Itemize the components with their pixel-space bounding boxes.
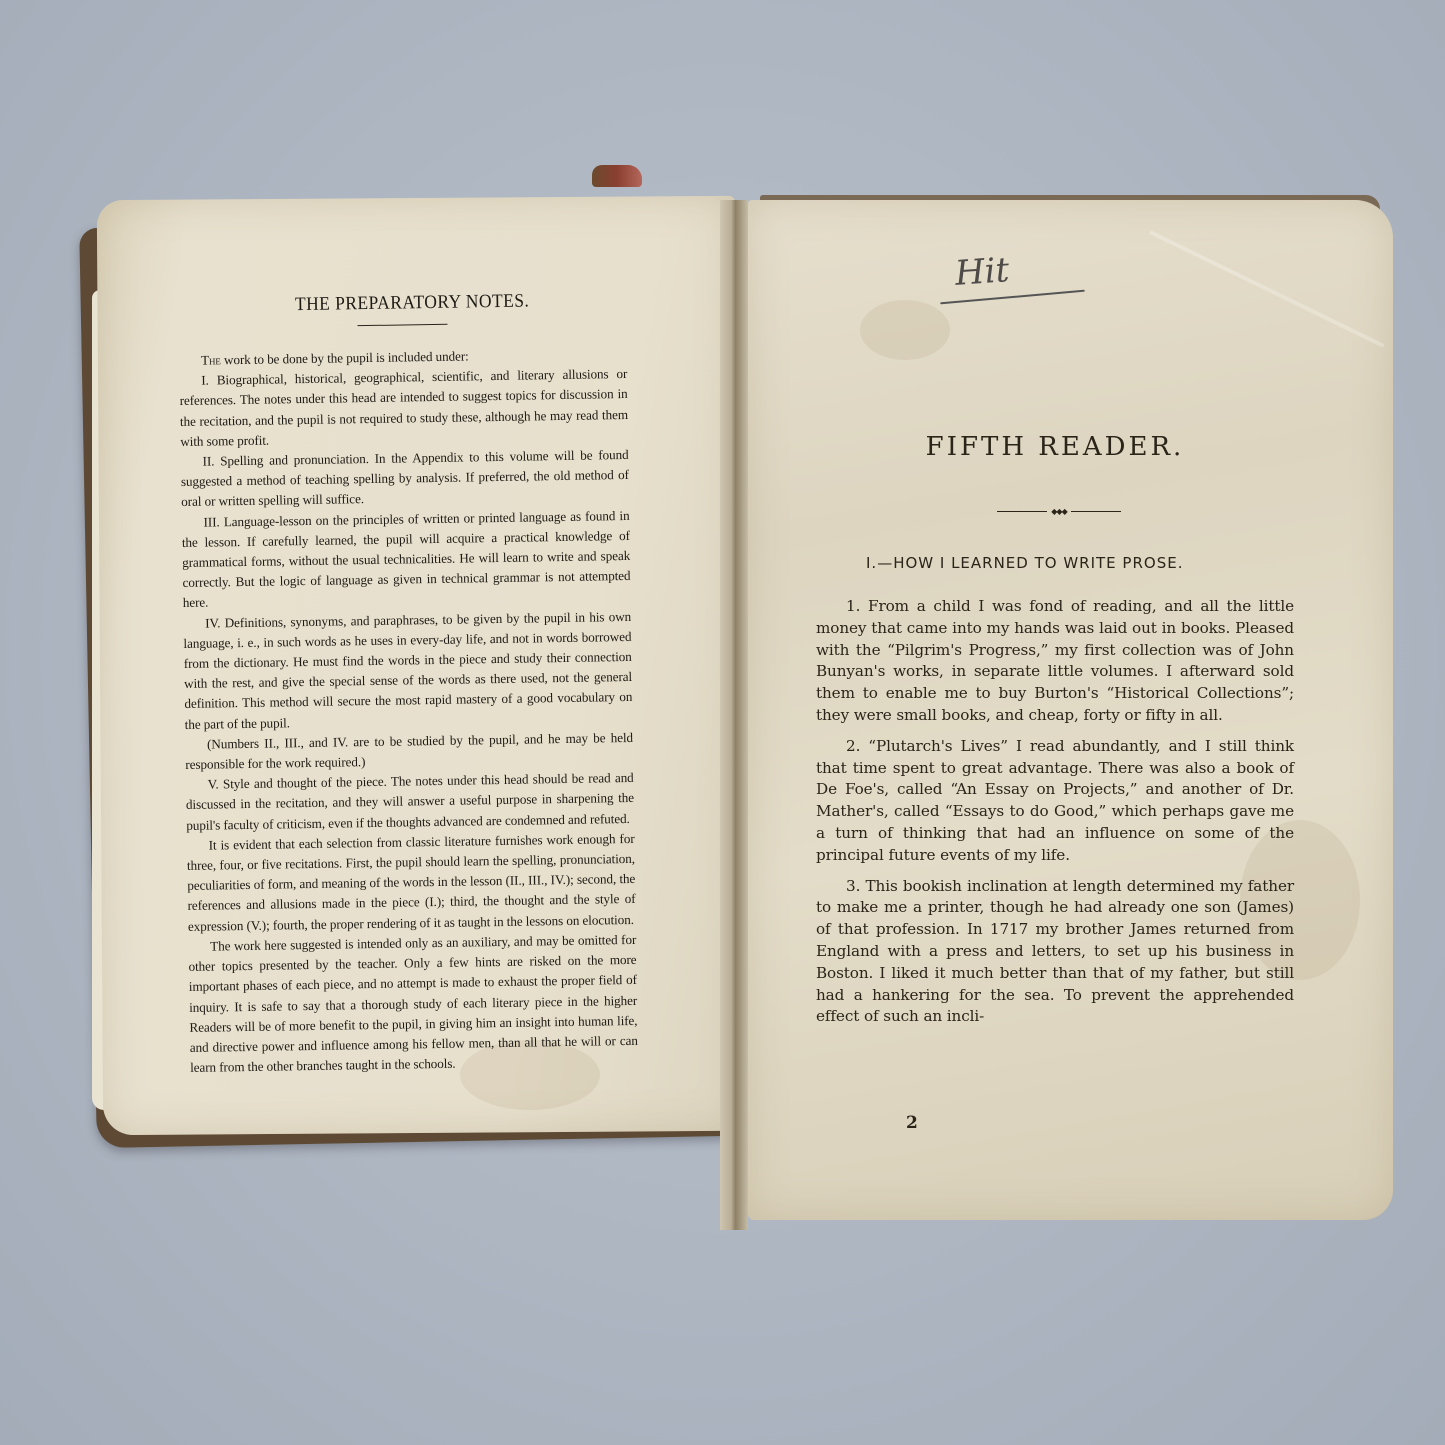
note-paragraph-numbers: (Numbers II., III., and IV. are to be st… <box>185 728 634 775</box>
title-rule <box>357 324 447 326</box>
note-paragraph-evident: It is evident that each selection from c… <box>186 829 636 937</box>
title-ornament: ◆◆◆ <box>997 506 1121 518</box>
page-stain <box>860 300 950 360</box>
note-paragraph-ii: II. Spelling and pronunciation. In the A… <box>180 445 629 513</box>
lesson-paragraph-3: 3. This bookish inclination at length de… <box>816 876 1294 1029</box>
lesson-paragraph-2: 2. “Plutarch's Lives” I read abundantly,… <box>816 736 1294 867</box>
page-number: 2 <box>906 1113 918 1133</box>
note-paragraph-iv: IV. Definitions, synonyms, and paraphras… <box>183 607 633 735</box>
book-title: FIFTH READER. <box>890 432 1220 462</box>
torn-spine-fragment <box>592 165 642 187</box>
ornament-line-right <box>1071 511 1121 512</box>
lesson-paragraph-1: 1. From a child I was fond of reading, a… <box>816 596 1294 727</box>
ornament-line-left <box>997 511 1047 512</box>
left-page-text: THE PREPARATORY NOTES. The work to be do… <box>178 289 638 1078</box>
note-paragraph-v: V. Style and thought of the piece. The n… <box>186 768 635 836</box>
small-caps-lead: The <box>201 352 221 367</box>
lesson-heading: I.—HOW I LEARNED TO WRITE PROSE. <box>866 554 1246 572</box>
book-gutter <box>720 200 748 1230</box>
note-paragraph-iii: III. Language-lesson on the principles o… <box>181 506 631 614</box>
handwritten-note: Hit <box>954 250 1011 294</box>
note-paragraph-i: I. Biographical, historical, geographica… <box>179 364 628 452</box>
note-paragraph-auxiliary: The work here suggested is intended only… <box>188 930 638 1078</box>
right-page-text: 1. From a child I was fond of reading, a… <box>816 596 1294 1037</box>
open-book: THE PREPARATORY NOTES. The work to be do… <box>0 0 1445 1445</box>
ornament-diamonds-icon: ◆◆◆ <box>1047 506 1071 518</box>
intro-text: work to be done by the pupil is included… <box>221 348 469 367</box>
